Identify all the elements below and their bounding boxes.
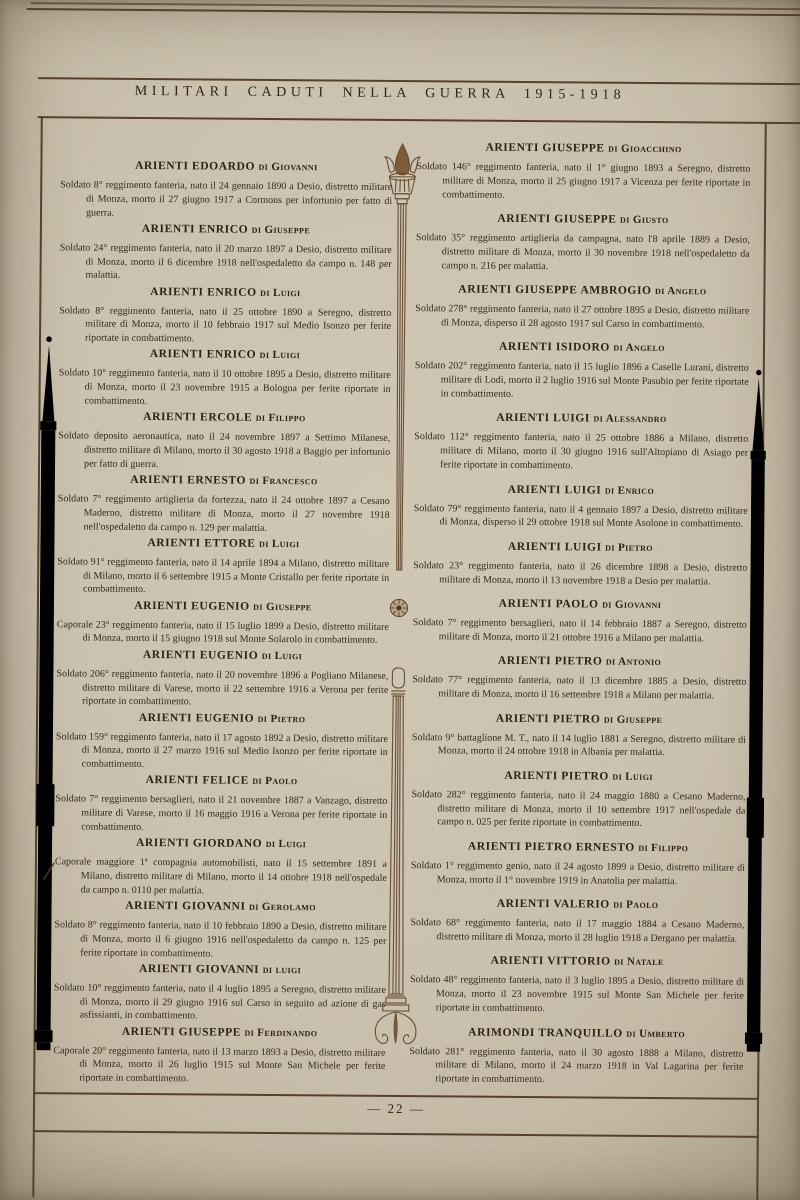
soldier-name: ARIENTI FELICE (146, 774, 249, 787)
page-title: MILITARI CADUTI NELLA GUERRA 1915-1918 (4, 83, 756, 105)
soldier-name: ARIENTI ENRICO (142, 223, 249, 236)
soldier-name: ARIENTI VALERIO (497, 898, 610, 911)
soldier-name-heading: ARIENTI LUIGI di Alessandro (414, 412, 748, 427)
soldier-name-heading: ARIENTI FELICE di Paolo (56, 774, 388, 789)
soldier-name: ARIENTI GIUSEPPE (497, 213, 616, 226)
page-number: — 22 — (33, 1098, 759, 1120)
soldier-record-text: Soldato 23° reggimento fanteria, nato il… (413, 559, 747, 589)
soldier-entry: ARIENTI PIETRO ERNESTO di Filippo Soldat… (411, 840, 745, 889)
soldier-record-text: Caporale 23° reggimento fanteria, nato i… (57, 618, 389, 648)
soldier-name: ARIENTI PAOLO (499, 598, 599, 611)
soldier-entry: ARIENTI EUGENIO di Pietro Soldato 159° r… (56, 711, 388, 774)
soldier-patronymic: di Paolo (613, 899, 658, 911)
soldier-patronymic: di Luigi (260, 349, 300, 361)
soldier-name: ARIENTI PIETRO ERNESTO (468, 840, 635, 853)
soldier-patronymic: di Ferdinando (244, 1026, 317, 1039)
soldier-patronymic: di Luigi (260, 287, 300, 299)
soldier-record-text: Soldato 7° reggimento bersaglieri, nato … (55, 793, 387, 837)
top-rule-inner (27, 8, 800, 16)
soldier-entry: ARIENTI LUIGI di Pietro Soldato 23° regg… (413, 540, 747, 589)
soldier-name: ARIENTI GIORDANO (136, 837, 262, 850)
soldier-name-heading: ARIENTI VITTORIO di Natale (410, 955, 744, 970)
soldier-name-heading: ARIENTI GIUSEPPE di Ferdinando (54, 1025, 386, 1040)
soldier-record-text: Soldato 1° reggimento genio, nato il 24 … (411, 859, 745, 889)
soldier-patronymic: di Gioacchino (608, 143, 681, 156)
soldier-patronymic: di Luigi (262, 650, 302, 662)
soldier-patronymic: di Giuseppe (252, 224, 310, 236)
soldier-entry: ARIENTI LUIGI di Alessandro Soldato 112°… (414, 412, 748, 475)
soldier-name: ARIENTI PIETRO (496, 712, 601, 725)
soldier-name: ARIENTI EUGENIO (134, 600, 249, 613)
soldier-record-text: Soldato 48° reggimento fanteria, nato il… (410, 974, 744, 1018)
soldier-entry: ARIENTI GIUSEPPE di Gioacchino Soldato 1… (416, 141, 750, 204)
soldier-name: ARIENTI ETTORE (147, 537, 255, 550)
soldier-entry: ARIENTI GIUSEPPE AMBROGIO di Angelo Sold… (415, 283, 749, 332)
soldier-record-text: Soldato 9° battaglione M. T., nato il 14… (412, 731, 746, 761)
soldier-name-heading: ARIENTI LUIGI di Enrico (414, 483, 748, 498)
soldier-record-text: Soldato 206° reggimento fanteria, nato i… (56, 667, 388, 711)
soldier-record-text: Soldato 146° reggimento fanteria, nato i… (416, 160, 750, 204)
soldier-name: ARIENTI GIUSEPPE AMBROGIO (458, 284, 651, 298)
soldier-name-heading: ARIENTI LUIGI di Pietro (413, 540, 747, 555)
soldier-name-heading: ARIENTI PAOLO di Giovanni (413, 597, 747, 612)
soldier-entry: ARIENTI EUGENIO di Giuseppe Caporale 23°… (57, 599, 389, 648)
soldier-entry: ARIENTI ETTORE di Luigi Soldato 91° regg… (57, 536, 389, 599)
soldier-record-text: Soldato 35° reggimento artiglieria da ca… (416, 231, 750, 275)
soldier-entry: ARIENTI GIOVANNI di luigi Soldato 10° re… (54, 962, 386, 1025)
soldier-patronymic: di Filippo (256, 412, 306, 424)
soldier-name: ARIENTI VITTORIO (491, 955, 611, 968)
soldier-name: ARIENTI LUIGI (508, 483, 602, 496)
soldier-record-text: Soldato 112° reggimento fanteria, nato i… (414, 431, 748, 475)
soldier-entry: ARIENTI ENRICO di Giuseppe Soldato 24° r… (59, 222, 391, 285)
soldier-patronymic: di Francesco (250, 475, 318, 488)
soldier-name-heading: ARIENTI GIUSEPPE AMBROGIO di Angelo (415, 283, 749, 298)
soldier-record-text: Soldato 278° reggimento fanteria, nato i… (415, 302, 749, 332)
soldier-entry: ARIENTI GIORDANO di Luigi Caporale maggi… (55, 836, 387, 899)
soldier-patronymic: di Giovanni (258, 161, 317, 173)
soldier-patronymic: di Giovanni (602, 599, 661, 611)
soldier-entry: ARIENTI GIOVANNI di Gerolamo Soldato 8° … (54, 899, 386, 962)
soldier-name-heading: ARIENTI ERCOLE di Filippo (58, 411, 390, 426)
soldier-name-heading: ARIENTI GIORDANO di Luigi (55, 836, 387, 851)
footer-rule-bottom (33, 1130, 759, 1137)
memorial-page: MILITARI CADUTI NELLA GUERRA 1915-1918 (0, 0, 800, 1200)
soldier-record-text: Soldato deposito aeronautica, nato il 24… (58, 430, 390, 474)
soldier-name: ARIENTI GIOVANNI (125, 900, 245, 913)
soldier-name-heading: ARIENTI PIETRO di Luigi (412, 769, 746, 784)
soldier-entry: ARIMONDI TRANQUILLO di Umberto Soldato 2… (409, 1026, 743, 1089)
soldier-name: ARIENTI EUGENIO (143, 649, 258, 662)
soldier-record-text: Soldato 8° reggimento fanteria, nato il … (59, 304, 391, 348)
soldier-entry: ARIENTI ERNESTO di Francesco Soldato 7° … (58, 473, 390, 536)
soldier-entry: ARIENTI ENRICO di Luigi Soldato 10° regg… (58, 348, 390, 411)
rosette-ornament (388, 597, 410, 619)
soldier-entry: ARIENTI VALERIO di Paolo Soldato 68° reg… (410, 897, 744, 946)
soldier-name-heading: ARIENTI PIETRO di Antonio (412, 654, 746, 669)
soldier-name: ARIENTI LUIGI (508, 541, 602, 554)
soldier-patronymic: di Alessandro (593, 413, 666, 426)
soldier-record-text: Soldato 282° reggimento fanteria, nato i… (411, 788, 745, 832)
soldier-name: ARIENTI PIETRO (498, 655, 603, 668)
soldier-name-heading: ARIENTI EDOARDO di Giovanni (60, 159, 392, 174)
soldier-entry: ARIENTI PIETRO di Giuseppe Soldato 9° ba… (412, 712, 746, 761)
soldier-entry: ARIENTI LUIGI di Enrico Soldato 79° regg… (414, 483, 748, 532)
soldier-name: ARIENTI PIETRO (504, 770, 609, 783)
soldier-patronymic: di Natale (614, 956, 664, 968)
soldier-record-text: Soldato 281° reggimento fanteria, nato i… (409, 1045, 743, 1089)
soldier-patronymic: di Giuseppe (604, 713, 662, 725)
soldier-patronymic: di Luigi (612, 771, 652, 783)
soldier-name: ARIENTI EUGENIO (139, 711, 254, 724)
soldier-name: ARIENTI GIUSEPPE (485, 142, 604, 155)
soldier-patronymic: di Luigi (266, 838, 306, 850)
soldier-record-text: Soldato 91° reggimento fanteria, nato il… (57, 555, 389, 599)
soldier-name-heading: ARIENTI GIUSEPPE di Gioacchino (417, 141, 751, 156)
soldier-name-heading: ARIENTI VALERIO di Paolo (411, 897, 745, 912)
soldier-name-heading: ARIENTI PIETRO ERNESTO di Filippo (411, 840, 745, 855)
soldier-entry: ARIENTI EUGENIO di Luigi Soldato 206° re… (56, 648, 388, 711)
soldier-record-text: Soldato 24° reggimento fanteria, nato il… (59, 241, 391, 285)
soldier-record-text: Caporale 20° reggimento fanteria, nato i… (53, 1044, 385, 1088)
soldier-name: ARIENTI GIOVANNI (139, 963, 259, 976)
title-rule-bottom (38, 116, 800, 124)
soldier-record-text: Caporale maggiore 1ª compagnia automobil… (55, 855, 387, 899)
soldier-name-heading: ARIENTI EUGENIO di Luigi (57, 648, 389, 663)
soldier-name: ARIENTI ISIDORO (499, 341, 610, 354)
soldier-patronymic: di Giuseppe (253, 601, 311, 613)
soldier-name-heading: ARIENTI GIOVANNI di luigi (54, 962, 386, 977)
soldier-patronymic: di Angelo (613, 342, 665, 354)
soldier-record-text: Soldato 202° reggimento fanteria, nato i… (415, 360, 749, 404)
soldier-patronymic: di Angelo (655, 285, 707, 297)
soldier-patronymic: di luigi (263, 964, 301, 976)
soldier-patronymic: di Pietro (258, 712, 306, 724)
soldier-entry: ARIENTI EDOARDO di Giovanni Soldato 8° r… (60, 159, 392, 222)
soldier-entry: ARIENTI VITTORIO di Natale Soldato 48° r… (410, 955, 744, 1018)
soldier-entry: ARIENTI PAOLO di Giovanni Soldato 7° reg… (413, 597, 747, 646)
soldier-patronymic: di Umberto (626, 1027, 685, 1039)
soldier-record-text: Soldato 8° reggimento fanteria, nato il … (54, 918, 386, 962)
right-column: ARIENTI GIUSEPPE di Gioacchino Soldato 1… (409, 141, 750, 1089)
soldier-name-heading: ARIENTI EUGENIO di Giuseppe (57, 599, 389, 614)
soldier-name: ARIENTI ERNESTO (130, 474, 246, 487)
soldier-record-text: Soldato 7° reggimento artiglieria da for… (58, 492, 390, 536)
soldier-patronymic: di Filippo (638, 842, 688, 854)
soldier-entry: ARIENTI GIUSEPPE di Giusto Soldato 35° r… (416, 212, 750, 275)
soldier-patronymic: di Enrico (605, 484, 654, 496)
soldier-entry: ARIENTI ENRICO di Luigi Soldato 8° reggi… (59, 285, 391, 348)
soldier-name: ARIENTI LUIGI (496, 412, 590, 425)
soldier-entry: ARIENTI ISIDORO di Angelo Soldato 202° r… (415, 341, 749, 404)
soldier-record-text: Soldato 159° reggimento fanteria, nato i… (56, 730, 388, 774)
soldier-name-heading: ARIENTI EUGENIO di Pietro (56, 711, 388, 726)
soldier-name-heading: ARIENTI PIETRO di Giuseppe (412, 712, 746, 727)
soldier-name-heading: ARIENTI ENRICO di Luigi (59, 348, 391, 363)
soldier-name: ARIMONDI TRANQUILLO (468, 1026, 623, 1039)
soldier-name-heading: ARIENTI GIUSEPPE di Giusto (416, 212, 750, 227)
soldier-entry: ARIENTI ERCOLE di Filippo Soldato deposi… (58, 411, 390, 474)
soldier-patronymic: di Luigi (259, 538, 299, 550)
soldier-name: ARIENTI GIUSEPPE (122, 1025, 241, 1038)
soldier-name: ARIENTI EDOARDO (135, 160, 255, 173)
soldier-record-text: Soldato 68° reggimento fanteria, nato il… (410, 916, 744, 946)
soldier-name: ARIENTI ENRICO (150, 348, 257, 361)
soldier-record-text: Soldato 10° reggimento fanteria, nato il… (58, 367, 390, 411)
soldier-patronymic: di Antonio (606, 656, 661, 668)
soldier-name: ARIENTI ENRICO (150, 286, 257, 299)
soldier-record-text: Soldato 7° reggimento bersaglieri, nato … (413, 616, 747, 646)
soldier-name-heading: ARIENTI ISIDORO di Angelo (415, 341, 749, 356)
soldier-name-heading: ARIENTI GIOVANNI di Gerolamo (55, 899, 387, 914)
soldier-name-heading: ARIMONDI TRANQUILLO di Umberto (410, 1026, 744, 1041)
soldier-record-text: Soldato 10° reggimento fanteria, nato il… (54, 981, 386, 1025)
soldier-name-heading: ARIENTI ENRICO di Luigi (59, 285, 391, 300)
soldier-name: ARIENTI ERCOLE (143, 411, 252, 424)
soldier-name-heading: ARIENTI ETTORE di Luigi (57, 536, 389, 551)
soldier-record-text: Soldato 79° reggimento fanteria, nato il… (414, 502, 748, 532)
soldier-patronymic: di Gerolamo (249, 901, 316, 914)
soldier-record-text: Soldato 8° reggimento fanteria, nato il … (60, 178, 392, 222)
soldier-entry: ARIENTI GIUSEPPE di Ferdinando Caporale … (53, 1025, 385, 1088)
soldier-name-heading: ARIENTI ERNESTO di Francesco (58, 473, 390, 488)
soldier-entry: ARIENTI FELICE di Paolo Soldato 7° reggi… (55, 774, 387, 837)
soldier-patronymic: di Paolo (252, 775, 297, 787)
soldier-patronymic: di Pietro (605, 541, 653, 553)
soldier-name-heading: ARIENTI ENRICO di Giuseppe (60, 222, 392, 237)
soldier-entry: ARIENTI PIETRO di Antonio Soldato 77° re… (412, 654, 746, 703)
left-column: ARIENTI EDOARDO di Giovanni Soldato 8° r… (53, 159, 392, 1088)
soldier-patronymic: di Giusto (620, 214, 669, 226)
soldier-record-text: Soldato 77° reggimento fanteria, nato il… (412, 673, 746, 703)
soldier-entry: ARIENTI PIETRO di Luigi Soldato 282° reg… (411, 769, 745, 832)
